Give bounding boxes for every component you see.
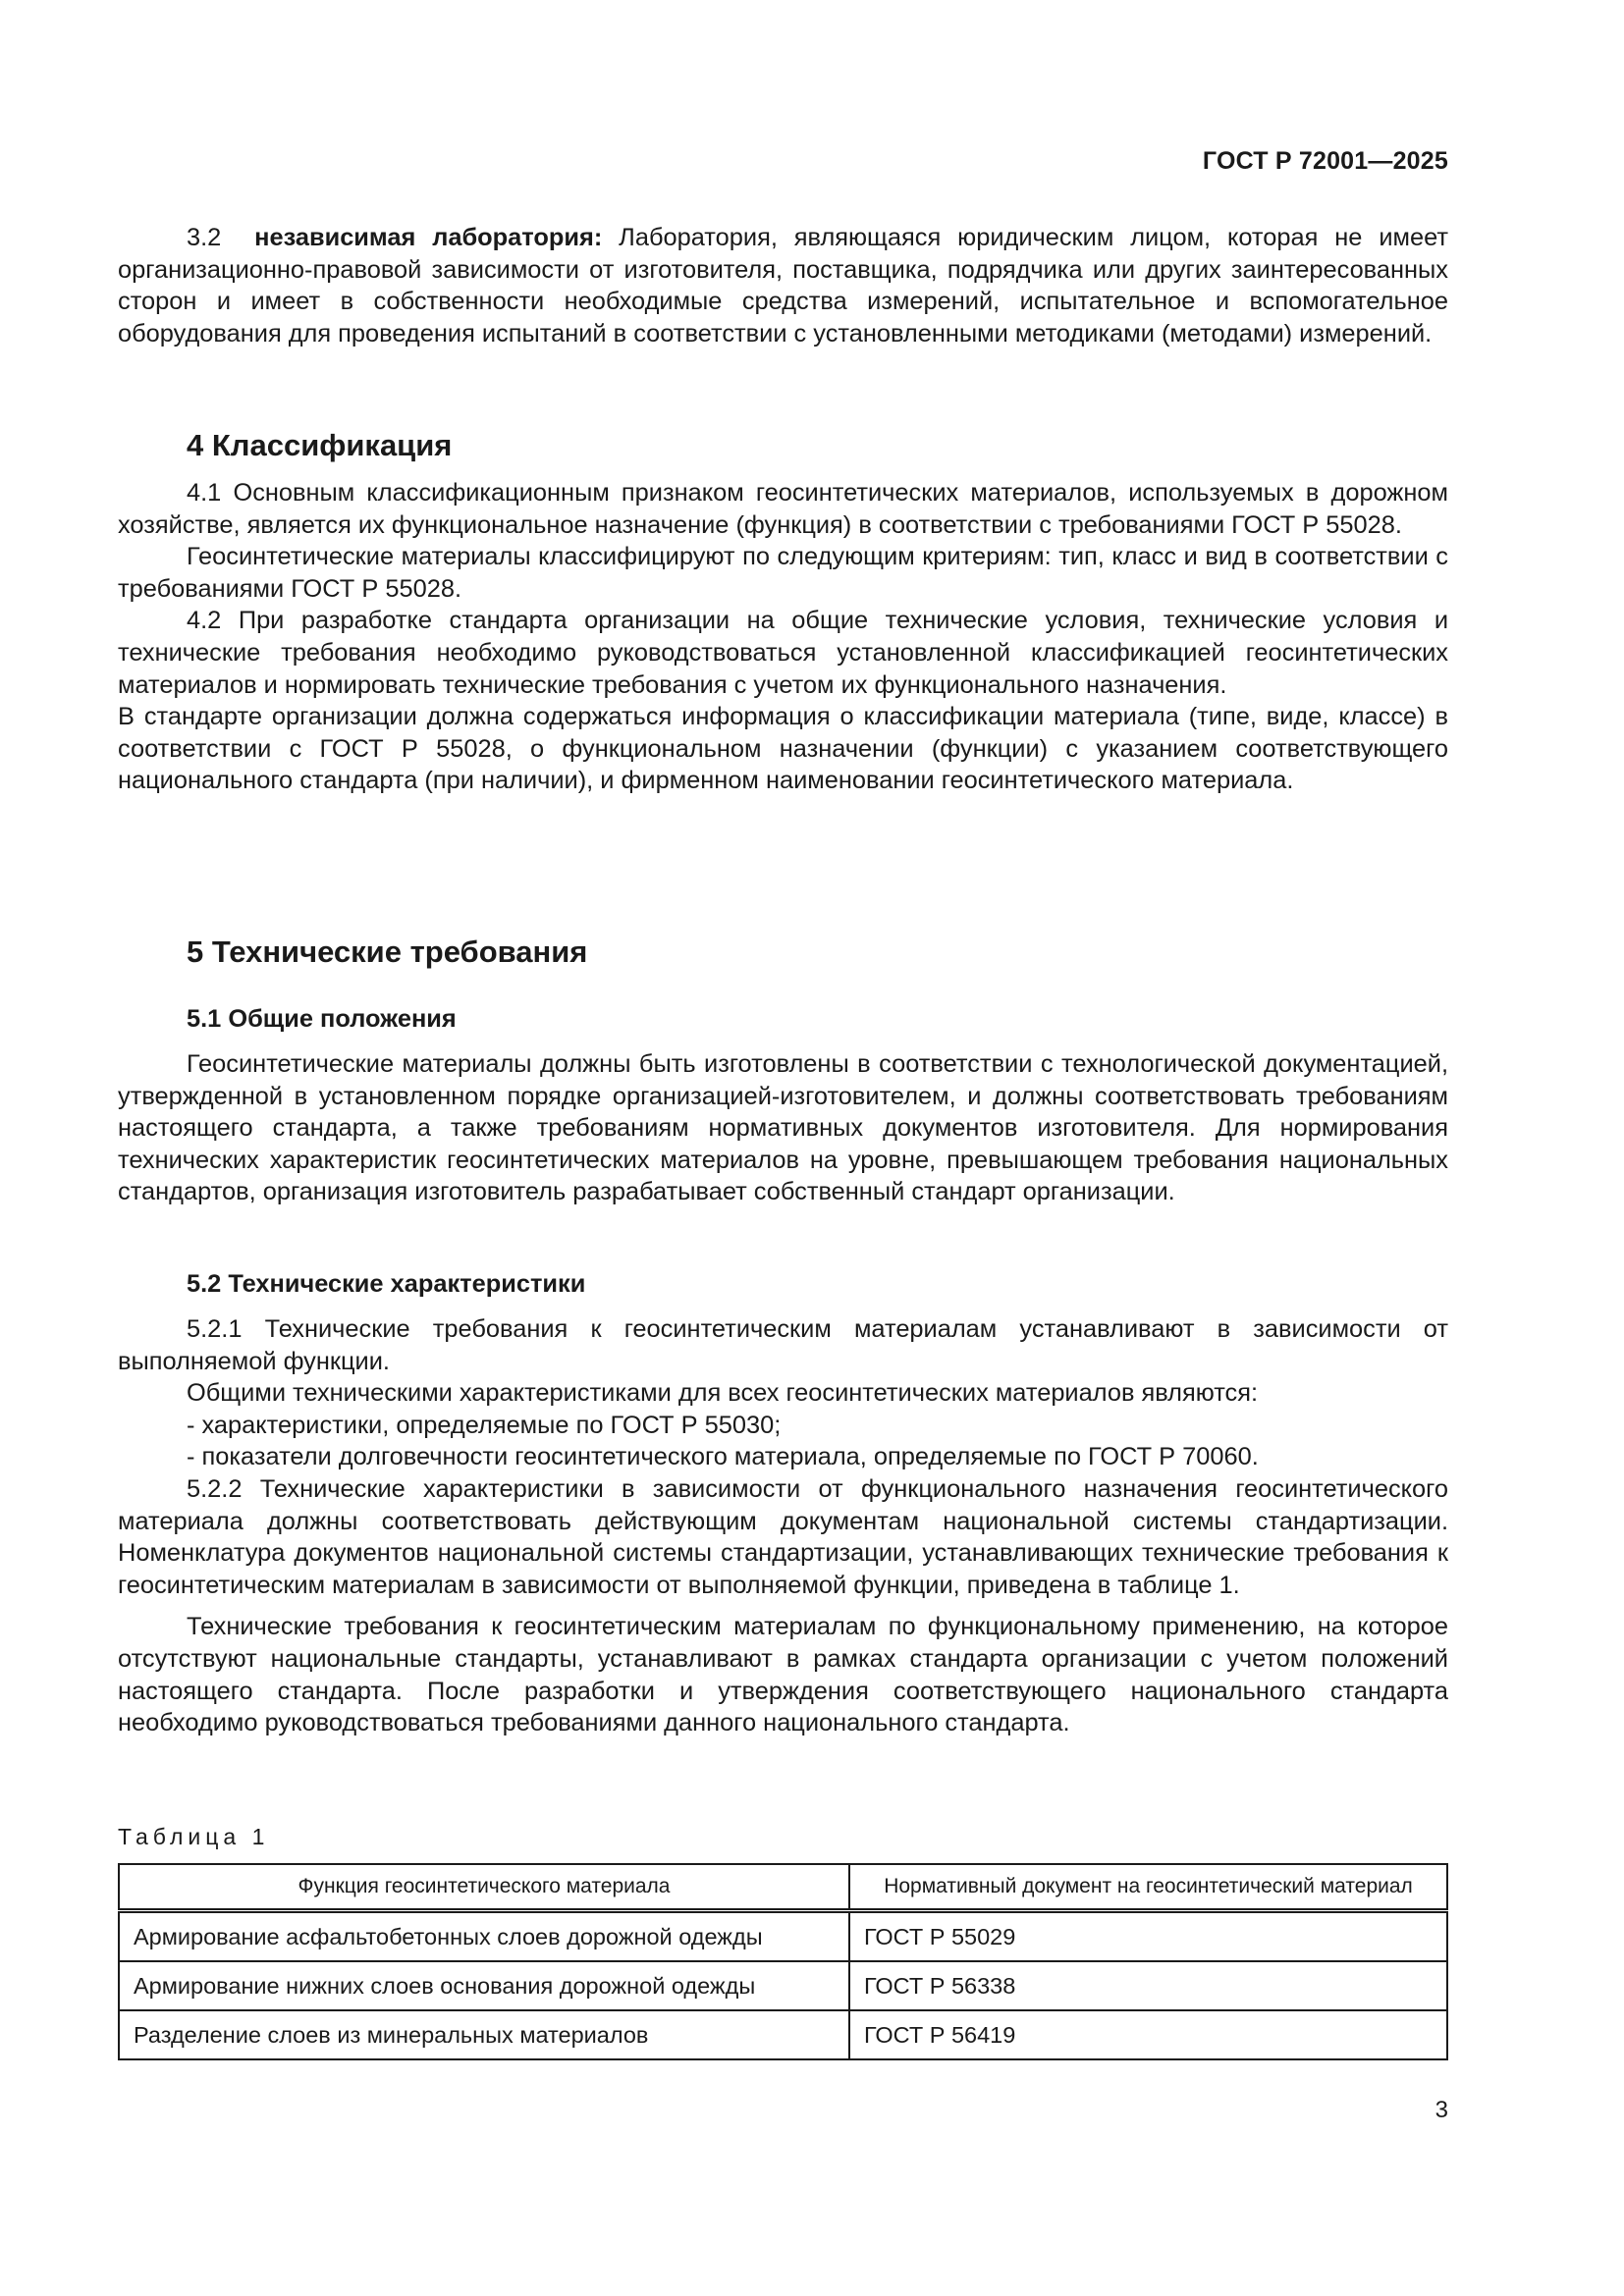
table-cell-function: Армирование нижних слоев основания дорож… — [119, 1961, 849, 2010]
subsection-heading-5-1: 5.1 Общие положения — [118, 1005, 1448, 1034]
paragraph-4-2-b: В стандарте организации должна содержать… — [118, 701, 1448, 797]
term: независимая лаборатория: — [254, 224, 602, 251]
page-number: 3 — [1435, 2097, 1448, 2124]
table-cell-document: ГОСТ Р 55029 — [849, 1911, 1447, 1962]
paragraph-3-2: 3.2 независимая лаборатория: Лаборатория… — [118, 222, 1448, 349]
paragraph-4-2: 4.2 При разработке стандарта организации… — [118, 605, 1448, 701]
table-1: Функция геосинтетического материала Норм… — [118, 1863, 1448, 2060]
paragraph-5-2-1: 5.2.1 Технические требования к геосинтет… — [118, 1313, 1448, 1377]
paragraph-5-2-2: 5.2.2 Технические характеристики в завис… — [118, 1473, 1448, 1601]
table-caption: Таблица 1 — [118, 1824, 269, 1849]
paragraph-5-2-1-b: Общими техническими характеристиками для… — [118, 1377, 1448, 1410]
clause-number: 3.2 — [187, 224, 221, 251]
table-cell-function: Разделение слоев из минеральных материал… — [119, 2010, 849, 2059]
column-header-function: Функция геосинтетического материала — [119, 1864, 849, 1911]
paragraph-5-2-2-b: Технические требования к геосинтетически… — [118, 1611, 1448, 1738]
section-heading-5: 5 Технические требования — [118, 934, 1448, 970]
list-item: - показатели долговечности геосинтетичес… — [118, 1441, 1448, 1473]
table-row: Армирование нижних слоев основания дорож… — [119, 1961, 1447, 2010]
table-cell-document: ГОСТ Р 56419 — [849, 2010, 1447, 2059]
subsection-heading-5-2: 5.2 Технические характеристики — [118, 1270, 1448, 1299]
section-5-1: 5.1 Общие положения — [118, 1005, 1448, 1034]
table-cell-function: Армирование асфальтобетонных слоев дорож… — [119, 1911, 849, 1962]
section-5-2: 5.2 Технические характеристики — [118, 1270, 1448, 1299]
table-row: Разделение слоев из минеральных материал… — [119, 2010, 1447, 2059]
section-5: 5 Технические требования — [118, 934, 1448, 970]
table-cell-document: ГОСТ Р 56338 — [849, 1961, 1447, 2010]
table-header-row: Функция геосинтетического материала Норм… — [119, 1864, 1447, 1911]
section-5-2-body: 5.2.1 Технические требования к геосинтет… — [118, 1313, 1448, 1739]
section-heading-4: 4 Классификация — [118, 428, 1448, 463]
paragraph-4-1: 4.1 Основным классификационным признаком… — [118, 477, 1448, 541]
table-1-caption: Таблица 1 — [118, 1824, 1448, 1850]
section-3-2: 3.2 независимая лаборатория: Лаборатория… — [118, 222, 1448, 349]
paragraph-5-1: Геосинтетические материалы должны быть и… — [118, 1048, 1448, 1208]
data-table: Функция геосинтетического материала Норм… — [118, 1863, 1448, 2060]
paragraph-4-1-b: Геосинтетические материалы классифицирую… — [118, 541, 1448, 605]
list-item: - характеристики, определяемые по ГОСТ Р… — [118, 1410, 1448, 1442]
section-4-body: 4.1 Основным классификационным признаком… — [118, 477, 1448, 797]
table-row: Армирование асфальтобетонных слоев дорож… — [119, 1911, 1447, 1962]
section-4: 4 Классификация — [118, 428, 1448, 463]
section-5-1-body: Геосинтетические материалы должны быть и… — [118, 1048, 1448, 1208]
column-header-document: Нормативный документ на геосинтетический… — [849, 1864, 1447, 1911]
document-id: ГОСТ Р 72001—2025 — [1203, 147, 1448, 176]
